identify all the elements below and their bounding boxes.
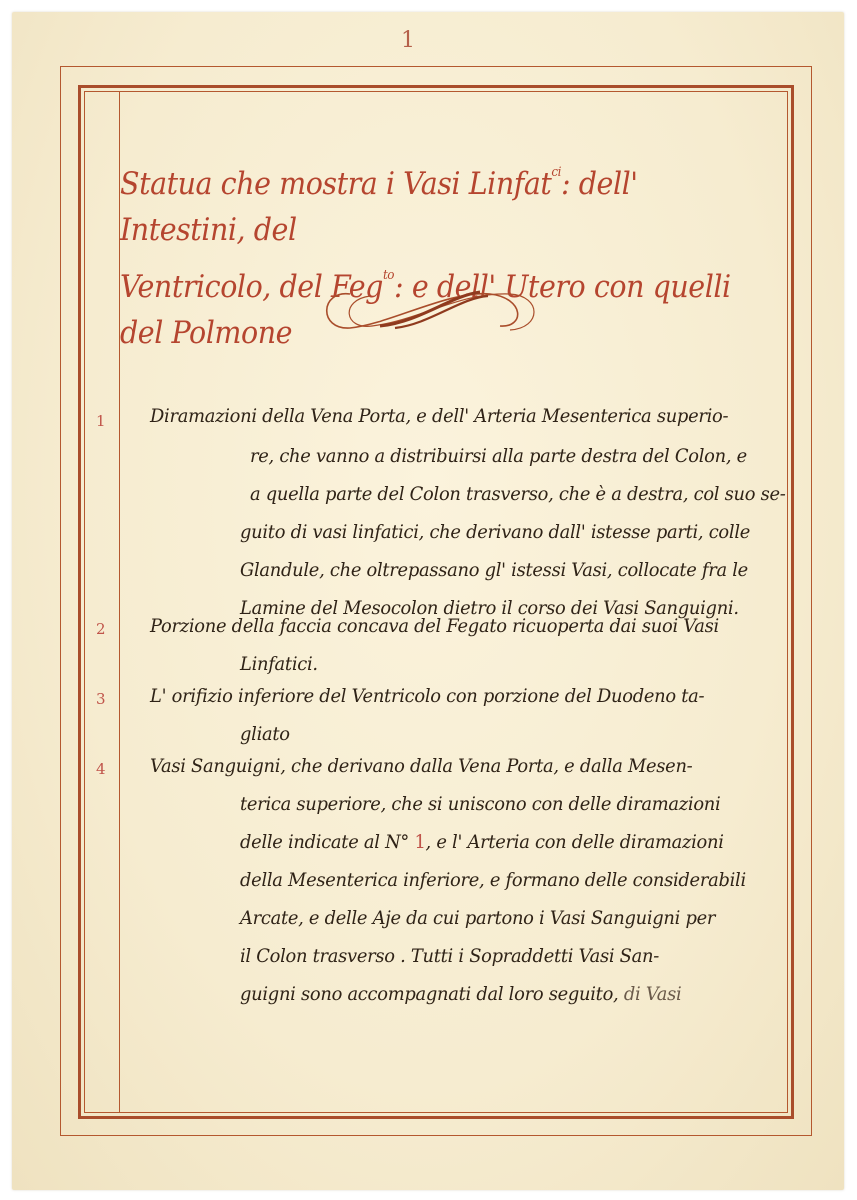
entry-1-line: Diramazioni della Vena Porta, e dell' Ar…	[150, 405, 728, 427]
cross-reference-number: 1	[414, 831, 425, 853]
entry-number-2: 2	[96, 620, 106, 638]
entry-4-line: il Colon trasverso . Tutti i Sopraddetti…	[240, 945, 659, 967]
entry-1-line: re, che vanno a distribuirsi alla parte …	[250, 445, 747, 467]
entry-4-line: della Mesenterica inferiore, e formano d…	[240, 869, 746, 891]
entry-number-4: 4	[96, 760, 106, 778]
entry-1-line: guito di vasi linfatici, che derivano da…	[240, 521, 750, 543]
entry-4-line: delle indicate al N° 1, e l' Arteria con…	[240, 831, 724, 853]
entry-2-line: Porzione della faccia concava del Fegato…	[150, 615, 719, 637]
entry-2-line: Linfatici.	[240, 653, 318, 675]
title-line-1: Statua che mostra i Vasi Linfatci: dell'…	[120, 150, 736, 253]
entry-1-line: Glandule, che oltrepassano gl' istessi V…	[240, 559, 748, 581]
entry-4-line: Arcate, e delle Aje da cui partono i Vas…	[240, 907, 715, 929]
entry-4-line: Vasi Sanguigni, che derivano dalla Vena …	[150, 755, 692, 777]
entry-4-line: guigni sono accompagnati dal loro seguit…	[240, 983, 681, 1005]
entry-number-3: 3	[96, 690, 106, 708]
entry-3-line: gliato	[240, 723, 290, 745]
flourish-ornament	[310, 282, 550, 338]
entry-3-line: L' orifizio inferiore del Ventricolo con…	[150, 685, 704, 707]
entry-4-line: terica superiore, che si uniscono con de…	[240, 793, 720, 815]
entry-1-line: a quella parte del Colon trasverso, che …	[250, 483, 786, 505]
entry-number-1: 1	[96, 412, 106, 430]
page-number: 1	[398, 28, 418, 53]
